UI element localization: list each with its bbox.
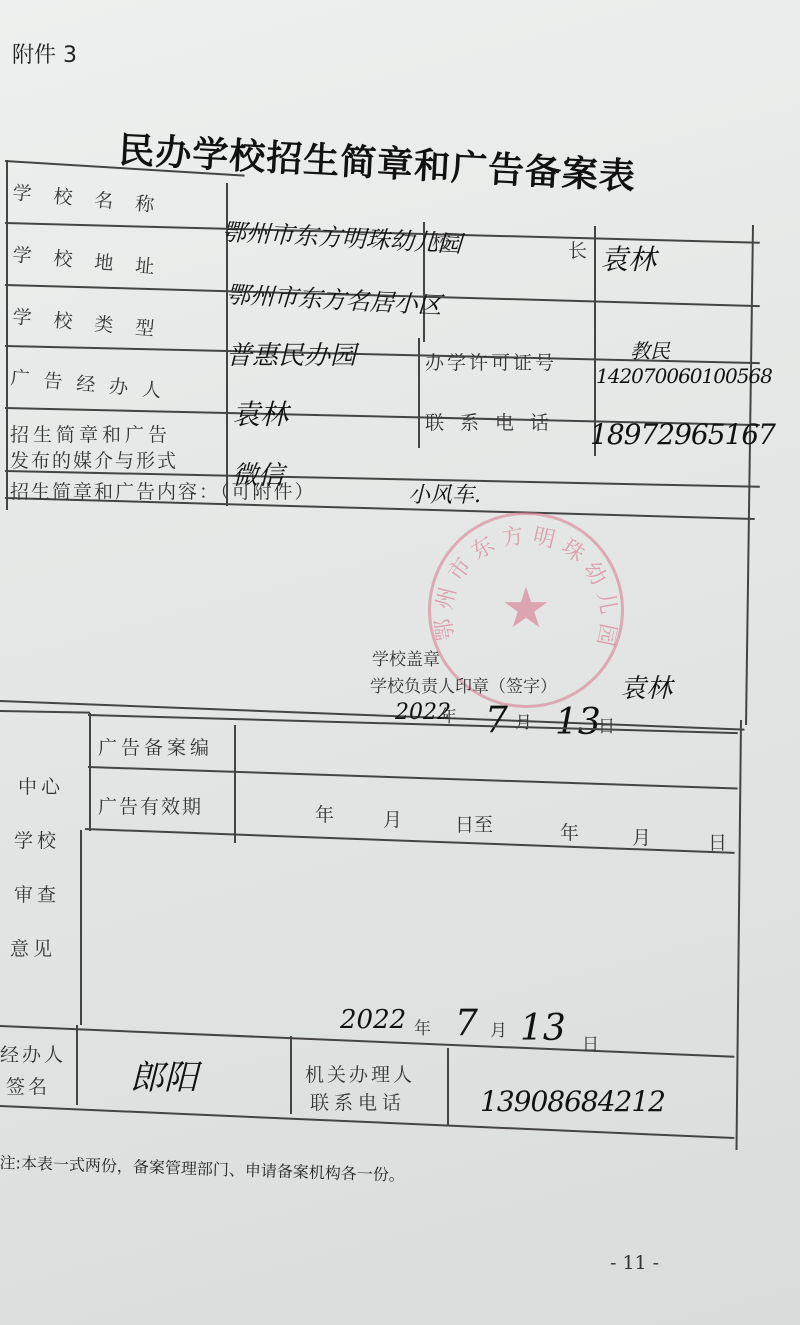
review-label-4: 意见 — [10, 934, 56, 961]
principal-seal-label: 学校负责人印章（签字） — [370, 672, 557, 697]
ad-validity-label: 广告有效期 — [98, 792, 203, 819]
principal-signature: 袁林 — [620, 668, 672, 705]
ad-handler-label: 广告经办人 — [10, 363, 177, 404]
agency-contact-label-1: 机关办理人 — [305, 1060, 415, 1087]
extra-note: 小风车. — [408, 478, 481, 509]
svg-text:★: ★ — [501, 576, 551, 641]
handler-sign-label-1: 经办人 — [0, 1040, 66, 1067]
principal-value: 袁林 — [600, 238, 656, 278]
contact-phone-label: 联系电话 — [425, 408, 565, 435]
form-title: 民办学校招生简章和广告备案表 — [117, 122, 637, 200]
media-form-label-2: 发布的媒介与形式 — [10, 446, 178, 473]
agency-contact-value: 13908684212 — [480, 1085, 665, 1118]
ad-filing-no-label: 广告备案编 — [98, 733, 213, 760]
media-form-value: 微信 — [232, 455, 284, 492]
school-type-label: 学校类型 — [12, 302, 178, 343]
school-name-label: 学校名称 — [12, 178, 178, 219]
school-address-value: 鄂州市东方名居小区 — [225, 274, 443, 320]
school-address-label: 学校地址 — [12, 240, 178, 281]
license-label: 办学许可证号 — [425, 348, 557, 375]
school-seal-label: 学校盖章 — [372, 645, 440, 670]
handler-signature: 郎阳 — [130, 1050, 198, 1099]
license-value-1: 教民 — [630, 335, 670, 364]
review-label-1: 中心 — [18, 772, 64, 799]
review-label-2: 学校 — [14, 826, 60, 853]
contact-phone-value: 18972965167 — [590, 418, 775, 451]
page-number: - 11 - — [610, 1252, 659, 1274]
attachment-label: 附件 3 — [12, 38, 77, 69]
school-name-value: 鄂州市东方明珠幼儿园 — [221, 212, 463, 260]
media-form-label-1: 招生简章和广告 — [10, 420, 171, 447]
ad-handler-value: 袁林 — [232, 393, 288, 433]
school-type-value: 普惠民办园 — [226, 335, 356, 372]
license-value-2: 142070060100568 — [596, 364, 772, 388]
agency-contact-label-2: 联系电话 — [310, 1088, 406, 1115]
handler-sign-label-2: 签名 — [6, 1072, 50, 1099]
review-label-3: 审查 — [14, 880, 60, 907]
principal-label-2: 长 — [568, 236, 587, 263]
footer-note: 注:本表一式两份，备案管理部门、申请备案机构各一份。 — [0, 1150, 405, 1186]
